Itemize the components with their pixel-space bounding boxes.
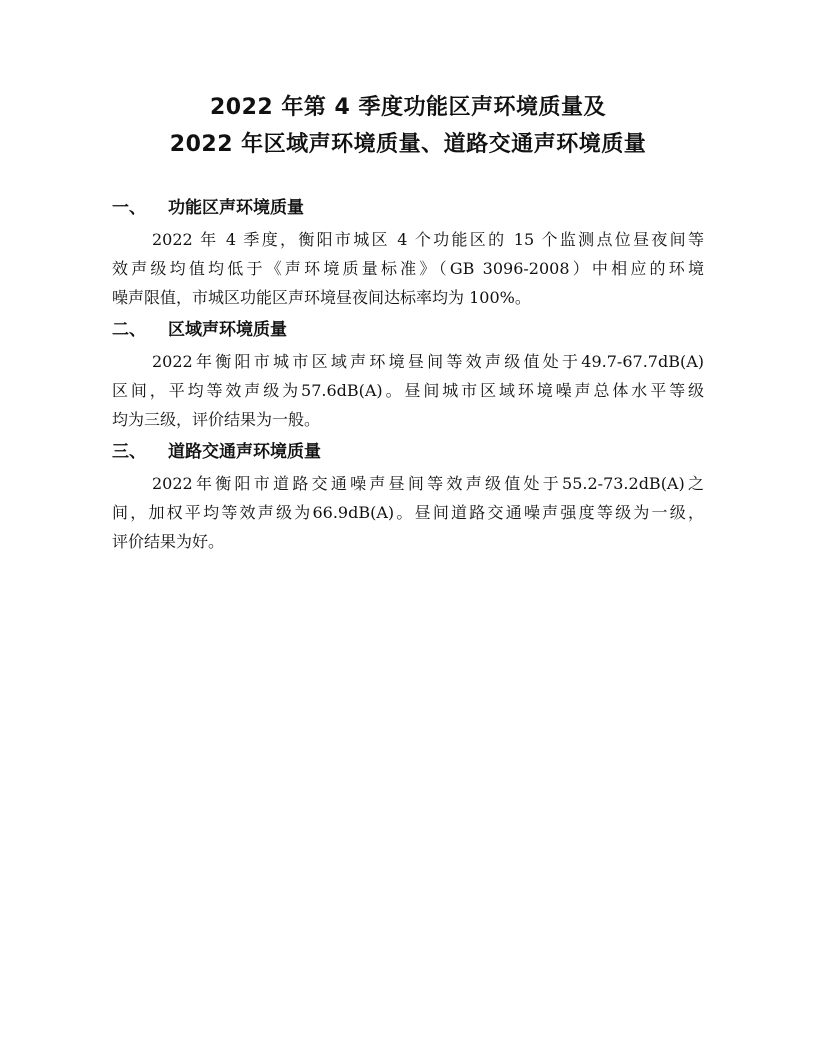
document-title-line-1: 2022 年第 4 季度功能区声环境质量及 <box>0 93 816 123</box>
section-title: 道路交通声环境质量 <box>168 442 321 462</box>
paragraph-line: 评价结果为好。 <box>112 531 704 553</box>
paragraph-line: 区间，平均等效声级为57.6dB(A)。昼间城市区域环境噪声总体水平等级 <box>112 380 704 402</box>
section-heading-functional-zone: 一、功能区声环境质量 <box>112 196 304 220</box>
document-page: 2022 年第 4 季度功能区声环境质量及 2022 年区域声环境质量、道路交通… <box>0 0 816 1056</box>
paragraph-line: 均为三级，评价结果为一般。 <box>112 409 704 431</box>
section-title: 功能区声环境质量 <box>168 198 304 218</box>
paragraph-line: 噪声限值，市城区功能区声环境昼夜间达标率均为 100%。 <box>112 287 704 309</box>
paragraph-line: 2022年衡阳市道路交通噪声昼间等效声级值处于55.2-73.2dB(A)之 <box>152 473 704 495</box>
section-number: 二、 <box>112 318 168 342</box>
section-title: 区域声环境质量 <box>168 320 287 340</box>
paragraph-line: 2022年衡阳市城市区域声环境昼间等效声级值处于49.7-67.7dB(A) <box>152 351 704 373</box>
document-title-line-2: 2022 年区域声环境质量、道路交通声环境质量 <box>0 130 816 160</box>
paragraph-line: 2022 年 4 季度，衡阳市城区 4 个功能区的 15 个监测点位昼夜间等 <box>152 229 704 251</box>
paragraph-line: 效声级均值均低于《声环境质量标准》（GB 3096-2008）中相应的环境 <box>112 258 704 280</box>
section-heading-road-traffic: 三、道路交通声环境质量 <box>112 440 321 464</box>
section-heading-regional: 二、区域声环境质量 <box>112 318 287 342</box>
section-number: 三、 <box>112 440 168 464</box>
paragraph-line: 间，加权平均等效声级为66.9dB(A)。昼间道路交通噪声强度等级为一级， <box>112 502 704 524</box>
section-number: 一、 <box>112 196 168 220</box>
